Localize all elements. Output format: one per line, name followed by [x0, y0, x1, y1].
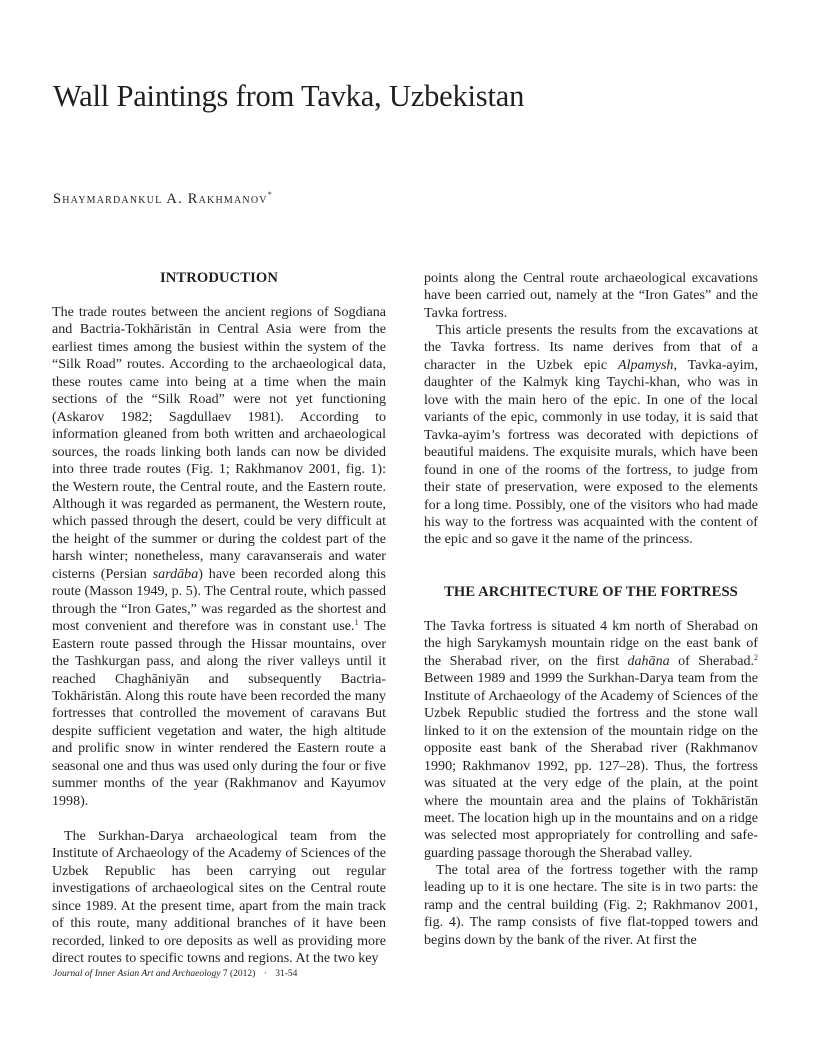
paragraph: The Surkhan-Darya archaeological team fr… [52, 828, 386, 968]
paragraph: The trade routes between the ancient reg… [52, 304, 386, 810]
text-run: points along the Central route archaeolo… [424, 270, 758, 321]
text-run: The trade routes between the ancient reg… [52, 304, 386, 582]
paragraph: points along the Central route archaeolo… [424, 270, 758, 322]
paragraph: The total area of the fortress together … [424, 862, 758, 949]
footer-separator: · [258, 969, 273, 979]
footnote-ref: 2 [754, 653, 758, 662]
paragraph: This article presents the results from t… [424, 322, 758, 549]
italic-term: dahāna [627, 653, 669, 669]
text-run: The Eastern route passed through the His… [52, 618, 386, 809]
article-title: Wall Paintings from Tavka, Uzbekistan [53, 78, 524, 115]
page-footer: Journal of Inner Asian Art and Archaeolo… [53, 969, 297, 979]
section-heading-architecture: THE ARCHITECTURE OF THE FORTRESS [424, 584, 758, 601]
author-footnote-mark: * [268, 190, 273, 199]
journal-name: Journal of Inner Asian Art and Archaeolo… [53, 969, 220, 979]
article-author: Shaymardankul A. Rakhmanov* [53, 190, 273, 208]
italic-term: sardāba [153, 566, 199, 582]
author-name: Shaymardankul A. Rakhmanov [53, 191, 268, 207]
text-run: Between 1989 and 1999 the Surkhan-Darya … [424, 670, 758, 861]
page-range: 31-54 [275, 969, 297, 979]
journal-volume-year: 7 (2012) [223, 969, 255, 979]
text-run: The Surkhan-Darya archaeological team fr… [52, 828, 386, 966]
italic-term: Alpamysh [618, 357, 673, 373]
paragraph: The Tavka fortress is situated 4 km nort… [424, 618, 758, 862]
text-run: The total area of the fortress together … [424, 862, 758, 948]
text-run: , Tavka-ayim, daughter of the Kalmyk kin… [424, 357, 758, 548]
text-run: of Sherabad. [670, 653, 754, 669]
section-heading-introduction: INTRODUCTION [52, 270, 386, 287]
